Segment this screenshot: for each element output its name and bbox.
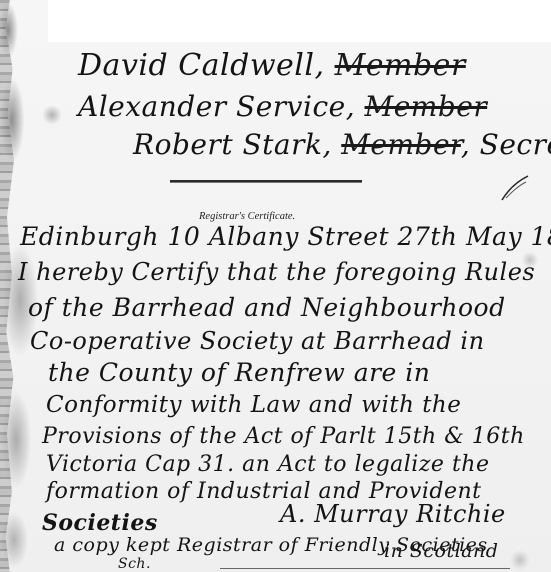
- certificate-line: the County of Renfrew are in: [48, 358, 430, 387]
- signatory-name: David Caldwell: [78, 48, 314, 83]
- certificate-line: of the Barrhead and Neighbourhood: [28, 293, 506, 322]
- certificate-line: I hereby Certify that the foregoing Rule…: [18, 258, 535, 286]
- comma: ,: [322, 128, 341, 161]
- struck-title: Member: [365, 90, 488, 123]
- struck-title: Member: [335, 48, 466, 83]
- signatory-name: Robert Stark: [133, 128, 322, 161]
- comma: ,: [314, 48, 334, 83]
- comma: ,: [346, 90, 365, 123]
- registrar-signature: A. Murray Ritchie: [280, 500, 506, 528]
- struck-title: Member: [341, 128, 461, 161]
- signatory-title: Secretary: [480, 128, 551, 161]
- registrar-note-sub: Sch.: [118, 556, 151, 572]
- signatory-line: Alexander Service, Member: [78, 90, 487, 123]
- divider-rule: [170, 180, 362, 183]
- signatory-line: David Caldwell, Member: [78, 48, 466, 83]
- certificate-line: Edinburgh 10 Albany Street 27th May 1861…: [20, 222, 551, 251]
- blank-top-area: [48, 0, 551, 42]
- certificate-line: Co-operative Society at Barrhead in: [30, 327, 485, 355]
- certificate-line: Societies: [42, 510, 158, 536]
- certificate-line: Victoria Cap 31. an Act to legalize the: [46, 452, 489, 477]
- certificate-caption: Registrar's Certificate.: [199, 211, 295, 222]
- bottom-rule: [220, 568, 510, 569]
- registrar-note-right: in Scotland: [384, 540, 498, 562]
- certificate-line: Conformity with Law and with the: [46, 392, 461, 418]
- pen-flourish-icon: [500, 172, 530, 202]
- certificate-line: Provisions of the Act of Parlt 15th & 16…: [42, 424, 525, 449]
- signatory-name: Alexander Service: [78, 90, 346, 123]
- comma: ,: [461, 128, 480, 161]
- signatory-line: Robert Stark, Member, Secretary: [133, 128, 551, 161]
